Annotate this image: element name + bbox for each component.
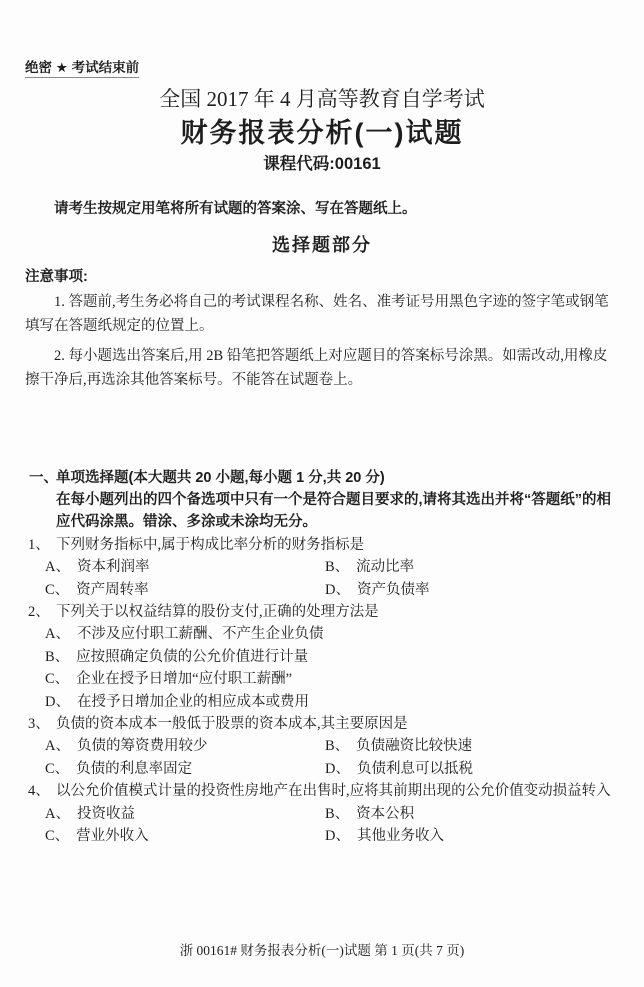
exam-session-title: 全国 2017 年 4 月高等教育自学考试 — [25, 85, 619, 114]
question-1-number: 1、 — [28, 534, 50, 556]
option-text: 负债的筹资费用较少 — [77, 738, 208, 754]
option-text: 营业外收入 — [76, 828, 149, 844]
option-row: A、不涉及应付职工薪酬、不产生企业负债 — [45, 623, 619, 645]
question-1-option-d: D、资产负债率 — [325, 579, 429, 601]
question-3-options: A、负债的筹资费用较少 B、负债融资比较快速 C、负债的利息率固定 D、负债利息… — [45, 735, 619, 780]
option-label: A、 — [45, 559, 70, 575]
question-1-options: A、资本利润率 B、流动比率 C、资产周转率 D、资产负债率 — [45, 556, 619, 601]
part-one-number: 一、 — [29, 467, 58, 489]
question-4-number: 4、 — [28, 780, 50, 802]
option-text: 投资收益 — [77, 806, 135, 822]
question-4-option-a: A、投资收益 — [45, 803, 325, 825]
part-one-heading: 一、 单项选择题(本大题共 20 小题,每小题 1 分,共 20 分) — [25, 467, 619, 489]
question-1-option-b: B、流动比率 — [325, 556, 414, 578]
question-2-option-c: C、企业在授予日增加“应付职工薪酬” — [45, 668, 292, 690]
option-label: B、 — [325, 806, 349, 822]
notes-heading: 注意事项: — [25, 269, 619, 286]
option-text: 负债的利息率固定 — [76, 761, 192, 777]
option-label: A、 — [45, 738, 70, 754]
question-3-number: 3、 — [28, 713, 50, 735]
part-one-title: 单项选择题(本大题共 20 小题,每小题 1 分,共 20 分) — [56, 470, 385, 486]
question-3-option-d: D、负债利息可以抵税 — [325, 758, 473, 780]
question-2-option-d: D、在授予日增加企业的相应成本或费用 — [45, 691, 309, 713]
option-row: C、负债的利息率固定 D、负债利息可以抵税 — [45, 758, 619, 780]
option-text: 资产周转率 — [76, 582, 149, 598]
option-label: B、 — [45, 649, 69, 665]
option-text: 在授予日增加企业的相应成本或费用 — [77, 694, 309, 710]
option-label: C、 — [45, 671, 69, 687]
option-row: C、企业在授予日增加“应付职工薪酬” — [45, 668, 619, 690]
option-row: A、负债的筹资费用较少 B、负债融资比较快速 — [45, 735, 619, 757]
question-4-stem: 以公允价值模式计量的投资性房地产在出售时,应将其前期出现的公允价值变动损益转入 — [56, 780, 619, 802]
question-3-option-b: B、负债融资比较快速 — [325, 735, 472, 757]
option-text: 企业在授予日增加“应付职工薪酬” — [76, 671, 292, 687]
option-label: B、 — [325, 738, 349, 754]
question-1-option-a: A、资本利润率 — [45, 556, 325, 578]
question-3: 3、 负债的资本成本一般低于股票的资本成本,其主要原因是 A、负债的筹资费用较少… — [25, 713, 619, 780]
page-footer: 浙 00161# 财务报表分析(一)试题 第 1 页(共 7 页) — [0, 942, 644, 960]
option-text: 资产负债率 — [357, 582, 430, 598]
question-4-option-b: B、资本公积 — [325, 803, 414, 825]
option-text: 负债利息可以抵税 — [357, 761, 473, 777]
question-4-options: A、投资收益 B、资本公积 C、营业外收入 D、其他业务收入 — [45, 803, 619, 848]
option-row: C、资产周转率 D、资产负债率 — [45, 579, 619, 601]
option-label: D、 — [325, 828, 350, 844]
question-2-option-b: B、应按照确定负债的公允价值进行计量 — [45, 646, 308, 668]
question-3-option-a: A、负债的筹资费用较少 — [45, 735, 325, 757]
course-code: 课程代码:00161 — [25, 153, 619, 176]
question-2-stem: 下列关于以权益结算的股份支付,正确的处理方法是 — [56, 601, 619, 623]
note-item-2: 2. 每小题选出答案后,用 2B 铅笔把答题纸上对应题目的答案标号涂黑。如需改动… — [25, 345, 619, 392]
option-row: B、应按照确定负债的公允价值进行计量 — [45, 646, 619, 668]
option-text: 负债融资比较快速 — [356, 738, 472, 754]
option-label: A、 — [45, 806, 70, 822]
option-row: D、在授予日增加企业的相应成本或费用 — [45, 691, 619, 713]
option-label: A、 — [45, 626, 70, 642]
option-label: B、 — [325, 559, 349, 575]
option-label: D、 — [325, 761, 350, 777]
answer-sheet-instruction: 请考生按规定用笔将所有试题的答案涂、写在答题纸上。 — [25, 200, 619, 219]
option-text: 不涉及应付职工薪酬、不产生企业负债 — [77, 626, 324, 642]
question-2-number: 2、 — [28, 601, 50, 623]
question-2-option-a: A、不涉及应付职工薪酬、不产生企业负债 — [45, 623, 323, 645]
secrecy-text: 绝密 ★ 考试结束前 — [25, 60, 139, 78]
option-text: 资本利润率 — [77, 559, 150, 575]
question-1-option-c: C、资产周转率 — [45, 579, 325, 601]
paper-title: 财务报表分析(一)试题 — [25, 116, 619, 151]
note-item-1: 1. 答题前,考生务必将自己的考试课程名称、姓名、准考证号用黑色字迹的签字笔或钢… — [25, 291, 619, 338]
option-row: C、营业外收入 D、其他业务收入 — [45, 825, 619, 847]
option-label: C、 — [45, 761, 69, 777]
section-heading: 选择题部分 — [25, 233, 619, 258]
question-4-option-c: C、营业外收入 — [45, 825, 325, 847]
option-row: A、资本利润率 B、流动比率 — [45, 556, 619, 578]
option-text: 流动比率 — [356, 559, 414, 575]
question-4: 4、 以公允价值模式计量的投资性房地产在出售时,应将其前期出现的公允价值变动损益… — [25, 780, 619, 847]
secrecy-banner: 绝密 ★ 考试结束前 — [25, 60, 619, 76]
question-2: 2、 下列关于以权益结算的股份支付,正确的处理方法是 A、不涉及应付职工薪酬、不… — [25, 601, 619, 713]
option-text: 其他业务收入 — [357, 828, 444, 844]
exam-paper-page: 绝密 ★ 考试结束前 全国 2017 年 4 月高等教育自学考试 财务报表分析(… — [0, 0, 644, 987]
option-text: 应按照确定负债的公允价值进行计量 — [76, 649, 308, 665]
question-2-options: A、不涉及应付职工薪酬、不产生企业负债 B、应按照确定负债的公允价值进行计量 C… — [45, 623, 619, 713]
question-3-option-c: C、负债的利息率固定 — [45, 758, 325, 780]
option-label: D、 — [325, 582, 350, 598]
question-1-stem: 下列财务指标中,属于构成比率分析的财务指标是 — [56, 534, 619, 556]
question-4-option-d: D、其他业务收入 — [325, 825, 444, 847]
option-text: 资本公积 — [356, 806, 414, 822]
option-row: A、投资收益 B、资本公积 — [45, 803, 619, 825]
option-label: D、 — [45, 694, 70, 710]
option-label: C、 — [45, 828, 69, 844]
question-1: 1、 下列财务指标中,属于构成比率分析的财务指标是 A、资本利润率 B、流动比率… — [25, 534, 619, 601]
question-3-stem: 负债的资本成本一般低于股票的资本成本,其主要原因是 — [56, 713, 619, 735]
part-one-instruction: 在每小题列出的四个备选项中只有一个是符合题目要求的,请将其选出并将“答题纸”的相… — [25, 489, 619, 534]
option-label: C、 — [45, 582, 69, 598]
